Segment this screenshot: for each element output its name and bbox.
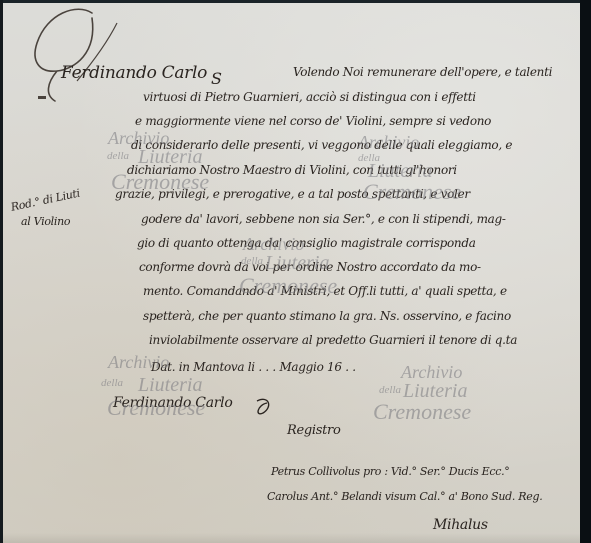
registry-line-2: Carolus Ant.° Belandi visum Cal.° a' Bon… [267,490,542,503]
body-line-3: e maggiormente viene nel corso de' Violi… [135,114,491,128]
body-line-2: virtuosi di Pietro Guarnieri, acciò si d… [143,90,476,104]
ink-mark [38,96,46,99]
signature-flourish-icon [251,391,281,421]
body-line-1: Volendo Noi remunerare dell'opere, e tal… [293,65,552,79]
body-line-7: godere da' lavori, sebbene non sia Ser.°… [141,212,506,226]
page-bottom-edge [3,533,580,543]
manuscript-page: Ferdinando Carlo S Rod.° di Liuti al Vio… [3,3,580,543]
registry-line-1: Petrus Collivolus pro : Vid.° Ser.° Duci… [271,465,509,478]
initial-flourish-icon [17,3,137,113]
heading-name: Ferdinando Carlo [61,63,207,83]
body-line-12: inviolabilmente osservare al predetto Gu… [149,333,517,347]
body-line-11: spetterà, che per quanto stimano la gra.… [143,309,511,323]
registry-label: Registro [287,423,341,438]
dating-line: Dat. in Mantova li . . . Maggio 16 . . [151,360,356,374]
scan-border-right [580,0,591,543]
body-line-8: gio di quanto ottenga da' consiglio magi… [137,236,476,250]
final-signature: Mihalus [433,517,488,533]
heading-mark: S [211,69,222,88]
margin-note-line1: Rod.° di Liuti [10,187,81,214]
margin-note-line2: al Violino [21,215,70,228]
